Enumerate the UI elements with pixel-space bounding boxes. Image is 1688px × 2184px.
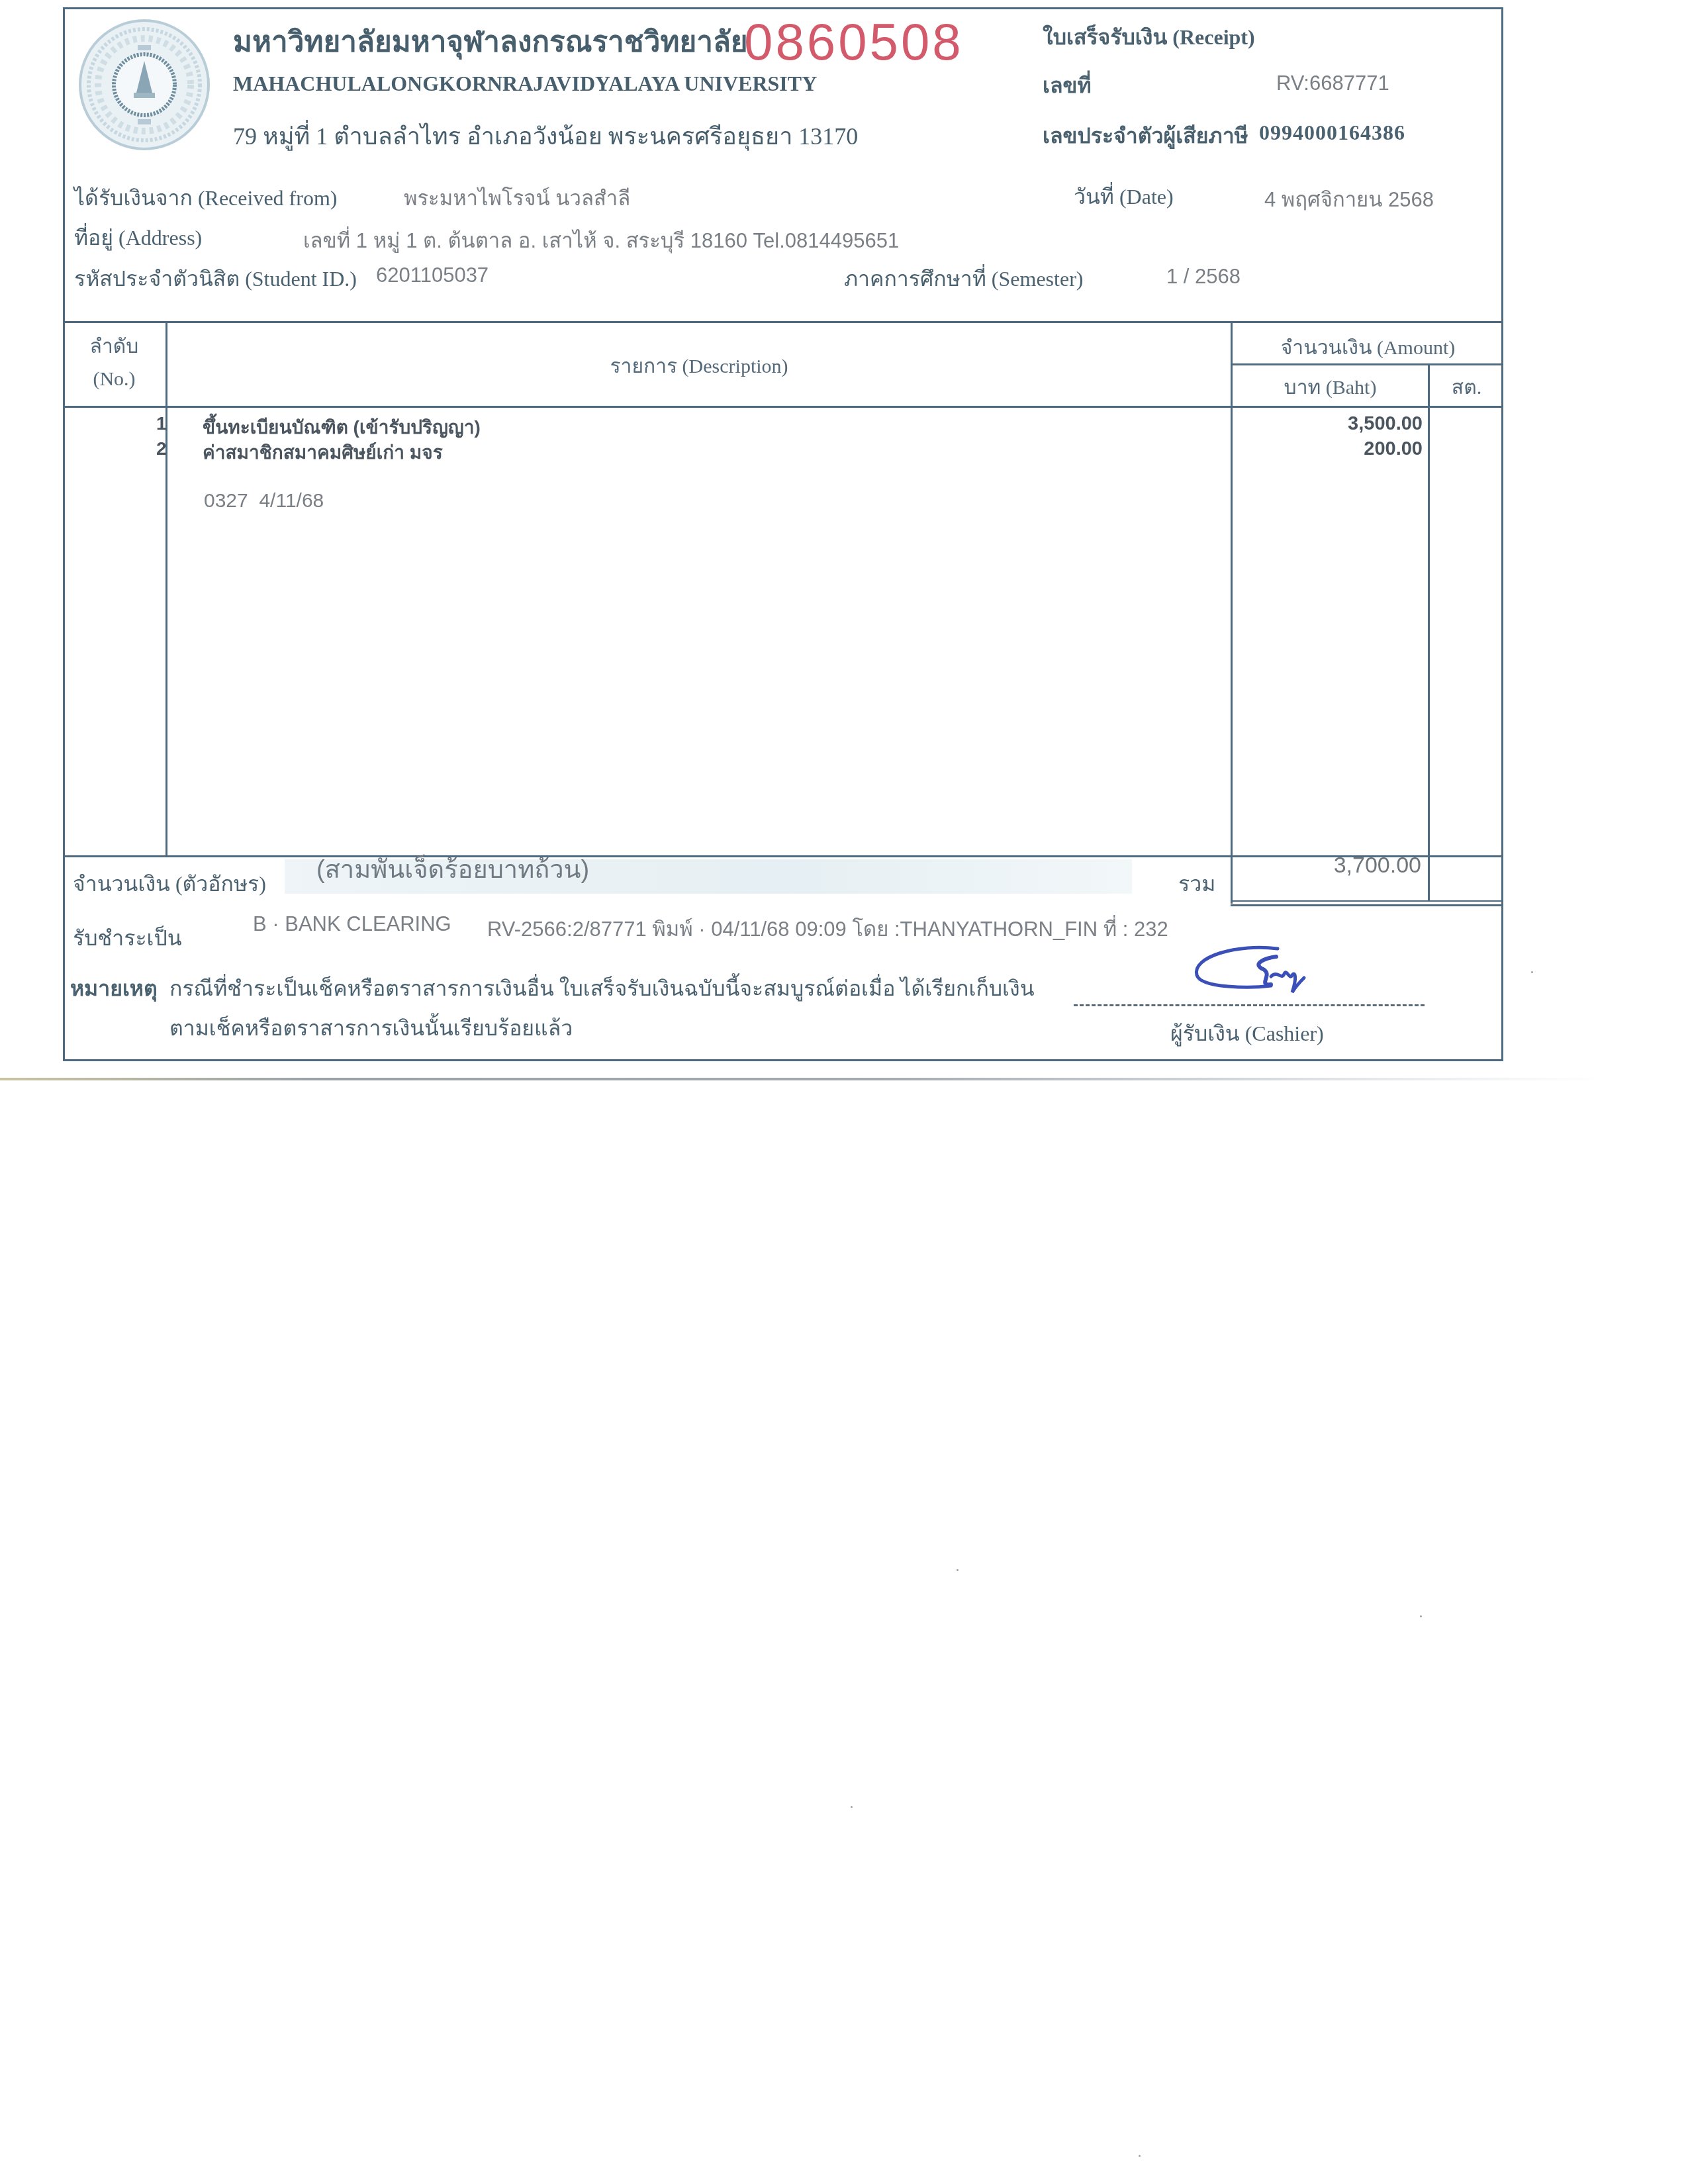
receipt-frame bbox=[63, 7, 1503, 1061]
date-label: วันที่ (Date) bbox=[1074, 180, 1174, 214]
remark-line-2: ตามเช็คหรือตราสารการเงินนั้นเรียบร้อยแล้… bbox=[169, 1012, 573, 1045]
payment-method: B · BANK CLEARING bbox=[253, 912, 451, 936]
university-address: 79 หมู่ที่ 1 ตำบลลำไทร อำเภอวังน้อย พระน… bbox=[233, 117, 858, 155]
column-header-no-thai: ลำดับ bbox=[63, 331, 165, 362]
serial-number: 0860508 bbox=[744, 12, 964, 72]
address-value: เลขที่ 1 หมู่ 1 ต. ต้นตาล อ. เสาไห้ จ. ส… bbox=[303, 224, 899, 257]
amount-subheader-rule bbox=[1231, 363, 1503, 365]
university-name-english: MAHACHULALONGKORNRAJAVIDYALAYA UNIVERSIT… bbox=[233, 71, 817, 96]
column-header-baht: บาท (Baht) bbox=[1233, 372, 1428, 403]
scan-speck bbox=[1420, 1615, 1422, 1617]
amount-words-value: (สามพันเจ็ดร้อยบาทถ้วน) bbox=[316, 849, 589, 889]
total-double-rule-1 bbox=[1231, 900, 1503, 902]
total-label: รวม bbox=[1178, 867, 1215, 901]
signature-line bbox=[1074, 1004, 1425, 1006]
column-header-description: รายการ (Description) bbox=[167, 351, 1231, 382]
receipt-number: RV:6687771 bbox=[1276, 71, 1389, 95]
table-top-rule bbox=[63, 321, 1503, 323]
table-header-rule bbox=[63, 406, 1503, 408]
document-title: ใบเสร็จรับเงิน (Receipt) bbox=[1043, 21, 1255, 54]
remark-line-1: กรณีที่ชำระเป็นเช็คหรือตราสารการเงินอื่น… bbox=[169, 972, 1035, 1006]
total-value: 3,700.00 bbox=[1233, 853, 1421, 878]
column-header-satang: สต. bbox=[1430, 372, 1503, 403]
row-number: 1 bbox=[156, 413, 167, 434]
column-header-no-en: (No.) bbox=[63, 368, 165, 391]
scan-speck bbox=[1139, 2155, 1141, 2157]
row-amount: 3,500.00 bbox=[1233, 413, 1423, 435]
receipt-number-label: เลขที่ bbox=[1043, 69, 1092, 103]
cashier-label: ผู้รับเงิน (Cashier) bbox=[1170, 1017, 1324, 1051]
no-column-divider bbox=[165, 321, 167, 857]
tax-id: 0994000164386 bbox=[1259, 120, 1405, 145]
scan-speck bbox=[957, 1569, 959, 1571]
student-id-value: 6201105037 bbox=[376, 263, 489, 287]
student-id-label: รหัสประจำตัวนิสิต (Student ID.) bbox=[74, 262, 357, 296]
total-satang-divider bbox=[1428, 855, 1430, 902]
remark-label: หมายเหตุ bbox=[70, 972, 158, 1006]
scan-speck bbox=[851, 1806, 853, 1808]
paid-by-label: รับชำระเป็น bbox=[73, 922, 182, 955]
semester-label: ภาคการศึกษาที่ (Semester) bbox=[844, 262, 1083, 296]
row-amount: 200.00 bbox=[1233, 438, 1423, 460]
address-label: ที่อยู่ (Address) bbox=[74, 221, 202, 255]
amount-words-label: จำนวนเงิน (ตัวอักษร) bbox=[73, 867, 266, 901]
total-double-rule-2 bbox=[1231, 904, 1503, 906]
tax-id-label: เลขประจำตัวผู้เสียภาษี bbox=[1043, 119, 1248, 153]
item-note: 0327 4/11/68 bbox=[204, 490, 324, 512]
semester-value: 1 / 2568 bbox=[1166, 265, 1241, 289]
print-info: RV-2566:2/87771 พิมพ์ · 04/11/68 09:09 โ… bbox=[487, 912, 1168, 945]
university-seal-icon bbox=[78, 19, 211, 151]
row-number: 2 bbox=[156, 438, 167, 459]
row-description: ค่าสมาชิกสมาคมศิษย์เก่า มจร bbox=[203, 438, 443, 467]
scan-cut-line bbox=[0, 1078, 1602, 1080]
column-header-amount: จำนวนเงิน (Amount) bbox=[1233, 332, 1503, 363]
received-from-label: ได้รับเงินจาก (Received from) bbox=[74, 181, 337, 215]
scan-speck bbox=[1531, 971, 1533, 973]
university-name-thai: มหาวิทยาลัยมหาจุฬาลงกรณราชวิทยาลัย bbox=[233, 19, 748, 65]
amount-column-divider bbox=[1231, 321, 1233, 904]
received-from-value: พระมหาไพโรจน์ นวลสำลี bbox=[404, 181, 630, 214]
satang-column-divider bbox=[1428, 363, 1430, 857]
date-value: 4 พฤศจิกายน 2568 bbox=[1264, 183, 1434, 216]
